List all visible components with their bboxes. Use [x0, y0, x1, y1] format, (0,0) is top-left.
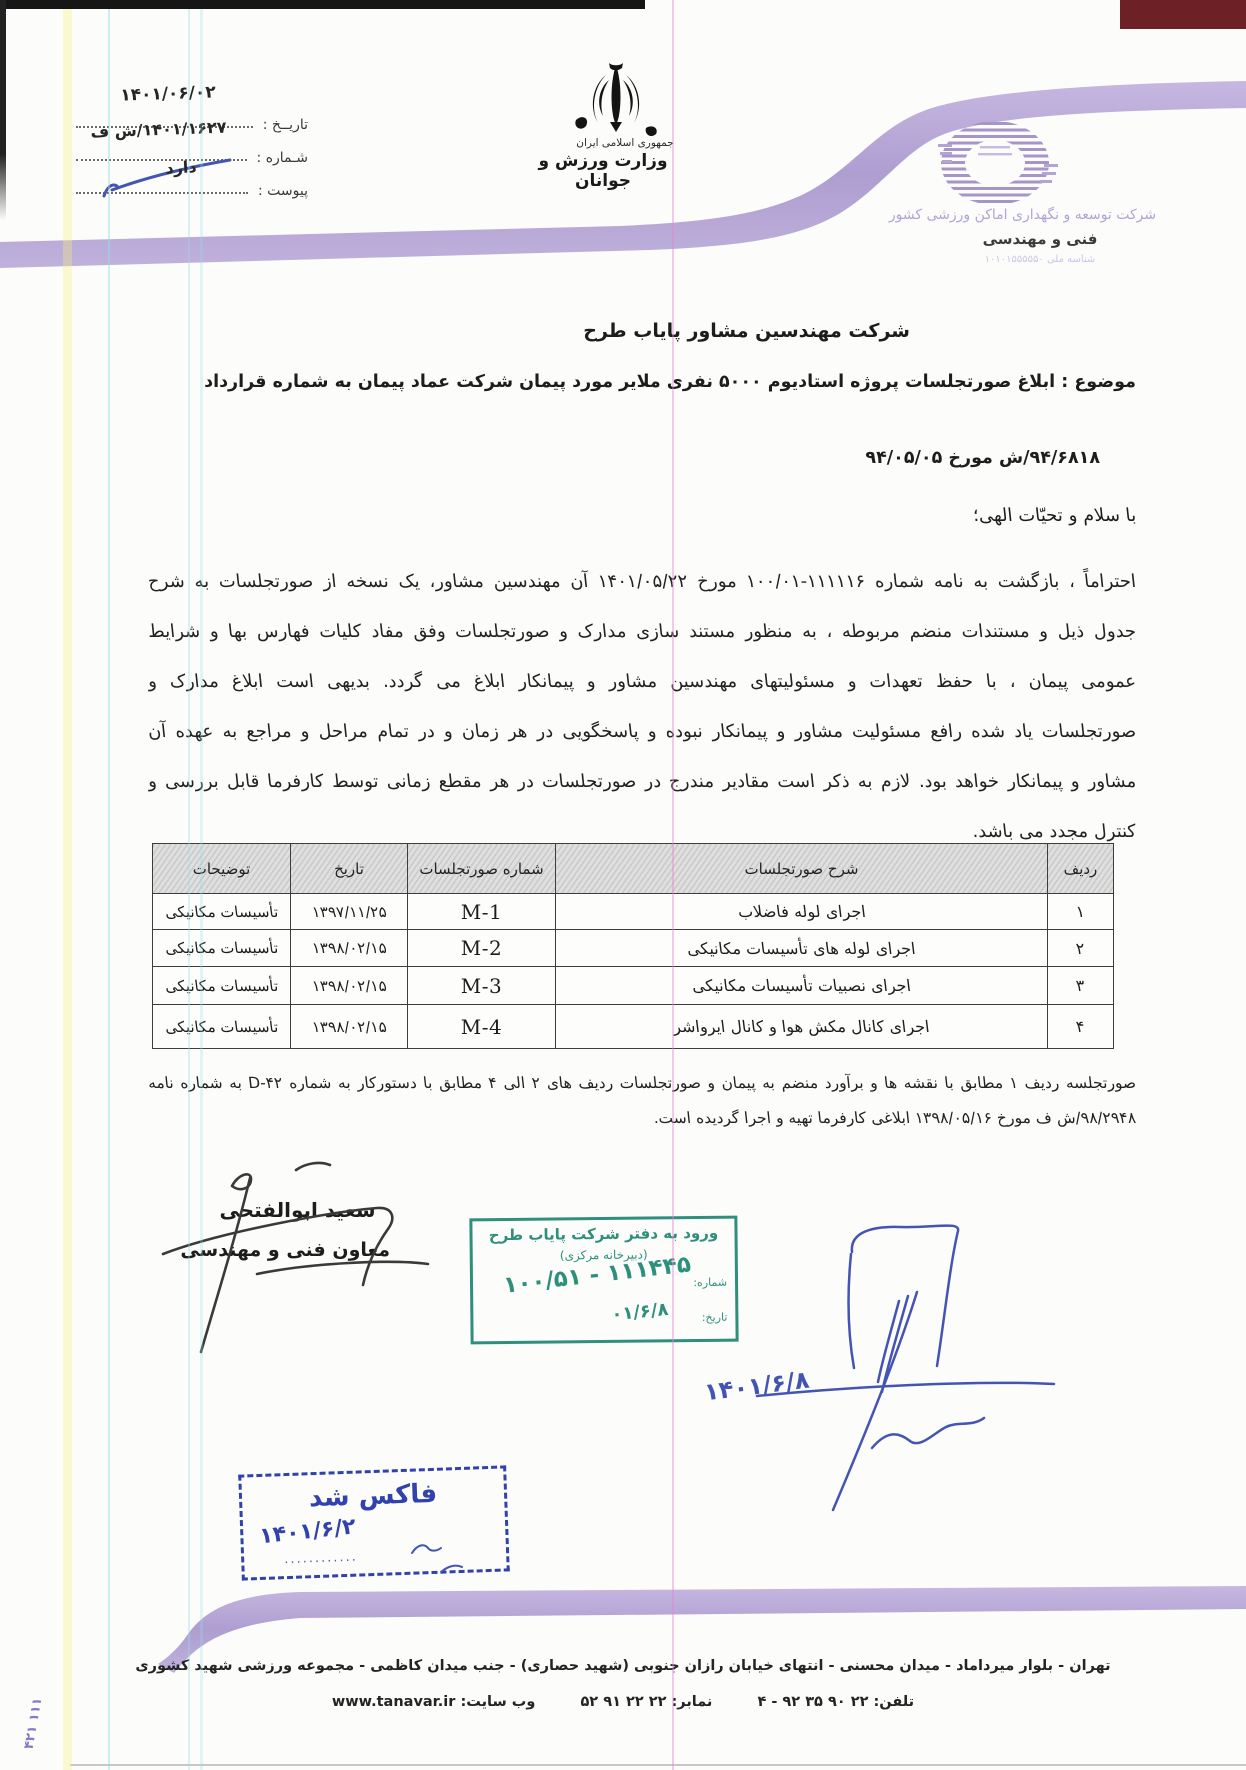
emblem-shapes [575, 63, 656, 136]
fax-stamp: فاکس شد ۱۴۰۱/۶/۲ ............ [238, 1465, 510, 1580]
cell-description: اجرای لوله فاضلاب [556, 894, 1048, 930]
org-department-caption: فنی و مهندسی [955, 230, 1125, 248]
corner-archive-note: ۱۱۱ ۴۲۱ [18, 1675, 49, 1770]
cell-text: تأسیسات مکانیکی [164, 977, 279, 995]
cell-text: تأسیسات مکانیکی [164, 903, 279, 921]
cell-text: M-4 [461, 1015, 502, 1039]
cell-minute-number: M-4 [408, 1005, 556, 1049]
cell-row-number: ۳ [1048, 967, 1114, 1005]
footer-contact: تلفن: ۲۲ ۹۰ ۳۵ ۹۲ - ۴ نمابر: ۲۲ ۲۲ ۹۱ ۵۲… [0, 1694, 1246, 1710]
cell-notes: تأسیسات مکانیکی [153, 894, 291, 930]
cell-text: ۳ [1075, 976, 1086, 995]
cell-text: M-2 [461, 936, 502, 960]
note-line: صورتجلسه ردیف ۱ مطابق با نقشه ها و برآور… [146, 1066, 1138, 1101]
entry-stamp-line1: ورود به دفتر شرکت پایاب طرح [472, 1224, 734, 1245]
cell-text: ۱۳۹۸/۰۲/۱۵ [311, 1018, 388, 1036]
table-row: ۲ اجرای لوله های تأسیسات مکانیکی M-2 ۱۳۹… [153, 930, 1114, 967]
emblem-country-caption: جمهوری اسلامی ایران [565, 137, 685, 149]
cell-text: ۱۳۹۷/۱۱/۲۵ [311, 903, 388, 921]
cell-text: اجرای لوله فاضلاب [737, 902, 867, 921]
cell-text: ۲ [1075, 939, 1086, 958]
scan-streak-yellow [63, 0, 72, 1770]
body-line: احتراماً ، بازگشت به نامه شماره ۱۱۱۱۱۶-۱… [145, 557, 1138, 607]
scan-streak-cyan-2 [188, 0, 190, 1770]
cell-date: ۱۳۹۸/۰۲/۱۵ [291, 930, 408, 967]
cell-description: اجرای لوله های تأسیسات مکانیکی [556, 930, 1048, 967]
meta-block: تاریــخ : شـماره : پیوست : [76, 100, 308, 199]
cell-row-number: ۲ [1048, 930, 1114, 967]
footer-fax: نمابر: ۲۲ ۲۲ ۹۱ ۵۲ [580, 1694, 712, 1710]
body-line: مشاور و پیمانکار خواهد بود. لازم به ذکر … [145, 757, 1138, 807]
salutation-line: با سلام و تحیّات الهی؛ [972, 505, 1137, 526]
table-row: ۳ اجرای نصبیات تأسیسات مکانیکی M-3 ۱۳۹۸/… [153, 967, 1114, 1005]
fax-stamp-dots: ............ [284, 1550, 358, 1568]
pen-date-note: ۱۴۰۱/۶/۸ [703, 1366, 811, 1407]
body-line: جدول ذیل و مستندات منضم مربوطه ، به منظو… [145, 607, 1138, 657]
iran-emblem-icon [570, 62, 670, 146]
org-logo-icon [938, 118, 1058, 210]
col-header-number: شماره صورتجلسات [408, 844, 556, 894]
signature-block: سعید ابوالفتحی معاون فنی و مهندسی [205, 1198, 390, 1261]
cell-notes: تأسیسات مکانیکی [153, 930, 291, 967]
cell-description: اجرای کانال مکش هوا و کانال ایرواشر [556, 1005, 1048, 1049]
scan-edge-left [0, 0, 6, 220]
org-company-caption: شرکت توسعه و نگهداری اماکن ورزشی کشور [855, 207, 1190, 223]
date-field-label: تاریــخ : [257, 117, 308, 133]
note-paragraph: صورتجلسه ردیف ۱ مطابق با نقشه ها و برآور… [148, 1066, 1136, 1136]
cell-notes: تأسیسات مکانیکی [153, 967, 291, 1005]
signature-title: معاون فنی و مهندسی [205, 1239, 390, 1261]
org-national-id: شناسه ملی ۱۰۱۰۱۵۵۵۵۵۰ [930, 254, 1150, 265]
cell-minute-number: M-3 [408, 967, 556, 1005]
attachment-field-dots [76, 192, 248, 194]
cell-text: ۴ [1075, 1017, 1086, 1036]
fax-stamp-date: ۱۴۰۱/۶/۲ [258, 1514, 357, 1549]
table-row: ۱ اجرای لوله فاضلاب M-1 ۱۳۹۷/۱۱/۲۵ تأسیس… [153, 894, 1114, 930]
scan-crease-pink [672, 0, 674, 1770]
scan-streak-cyan-1 [108, 0, 110, 1770]
cell-text: اجرای نصبیات تأسیسات مکانیکی [691, 976, 912, 995]
footer-address: تهران - بلوار میرداماد - میدان محسنی - ا… [0, 1658, 1246, 1674]
cell-row-number: ۴ [1048, 1005, 1114, 1049]
cell-minute-number: M-2 [408, 930, 556, 967]
col-header-row: ردیف [1048, 844, 1114, 894]
subject-line-1: موضوع : ابلاغ صورتجلسات پروژه استادیوم ۵… [204, 372, 1136, 392]
scan-streak-cyan-3 [200, 0, 203, 1770]
cell-text: ۱۳۹۸/۰۲/۱۵ [311, 939, 388, 957]
body-paragraph: احتراماً ، بازگشت به نامه شماره ۱۱۱۱۱۶-۱… [148, 557, 1136, 857]
table-row: ۴ اجرای کانال مکش هوا و کانال ایرواشر M-… [153, 1005, 1114, 1049]
scan-edge-top [0, 0, 645, 9]
entry-stamp-number-label: شماره: [693, 1276, 727, 1289]
col-header-notes: توضیحات [153, 844, 291, 894]
body-line: عمومی پیمان ، با حفظ تعهدات و مسئولیتهای… [145, 657, 1138, 707]
cell-text: اجرای کانال مکش هوا و کانال ایرواشر [672, 1017, 931, 1036]
footer-website: وب سایت: www.tanavar.ir [332, 1694, 536, 1710]
cell-description: اجرای نصبیات تأسیسات مکانیکی [556, 967, 1048, 1005]
cell-text: اجرای لوله های تأسیسات مکانیکی [686, 939, 917, 958]
body-line: صورتجلسات یاد شده رافع مسئولیت مشاور و پ… [145, 707, 1138, 757]
number-field-label: شـماره : [251, 150, 308, 166]
cell-text: تأسیسات مکانیکی [164, 1018, 279, 1036]
footer-phone: تلفن: ۲۲ ۹۰ ۳۵ ۹۲ - ۴ [757, 1694, 914, 1710]
scanned-letter-page: تاریــخ : شـماره : پیوست : ۱۴۰۱/۰۶/۰۲ ۱۴… [0, 0, 1246, 1770]
fax-stamp-text: فاکس شد [242, 1476, 505, 1515]
minutes-table: ردیف شرح صورتجلسات شماره صورتجلسات تاریخ… [152, 843, 1114, 1049]
subject-line-2: ۹۴/۶۸۱۸/ش مورخ ۹۴/۰۵/۰۵ [865, 448, 1100, 468]
cell-row-number: ۱ [1048, 894, 1114, 930]
col-header-date: تاریخ [291, 844, 408, 894]
cell-date: ۱۳۹۸/۰۲/۱۵ [291, 967, 408, 1005]
cell-text: M-3 [461, 974, 502, 998]
entry-stamp-date-label: تاریخ: [702, 1311, 728, 1324]
handwritten-attachment: دارد [146, 156, 217, 179]
cell-date: ۱۳۹۷/۱۱/۲۵ [291, 894, 408, 930]
attachment-field-label: پیوست : [252, 183, 308, 199]
col-header-desc: شرح صورتجلسات [556, 844, 1048, 894]
note-line: ۹۸/۲۹۴۸/ش ف مورخ ۱۳۹۸/۰۵/۱۶ ابلاغی کارفر… [146, 1101, 1138, 1136]
scan-corner-maroon [1120, 0, 1246, 29]
recipient-line: شرکت مهندسین مشاور پایاب طرح [583, 320, 910, 342]
page-bottom-edge [70, 1764, 1246, 1766]
signature-name: سعید ابوالفتحی [205, 1198, 390, 1222]
entry-stamp: ورود به دفتر شرکت پایاب طرح (دبیرخانه مر… [469, 1216, 738, 1345]
cell-text: M-1 [461, 900, 502, 924]
cell-date: ۱۳۹۸/۰۲/۱۵ [291, 1005, 408, 1049]
cell-minute-number: M-1 [408, 894, 556, 930]
cell-notes: تأسیسات مکانیکی [153, 1005, 291, 1049]
ministry-title: وزارت ورزش و جوانان [518, 151, 688, 191]
table-header-row: ردیف شرح صورتجلسات شماره صورتجلسات تاریخ… [153, 844, 1114, 894]
entry-stamp-date-value: ۰۱/۶/۸ [610, 1299, 669, 1325]
cell-text: ۱ [1075, 902, 1086, 921]
cell-text: ۱۳۹۸/۰۲/۱۵ [311, 977, 388, 995]
cell-text: تأسیسات مکانیکی [164, 939, 279, 957]
logo-ring-stripes [938, 122, 1058, 203]
